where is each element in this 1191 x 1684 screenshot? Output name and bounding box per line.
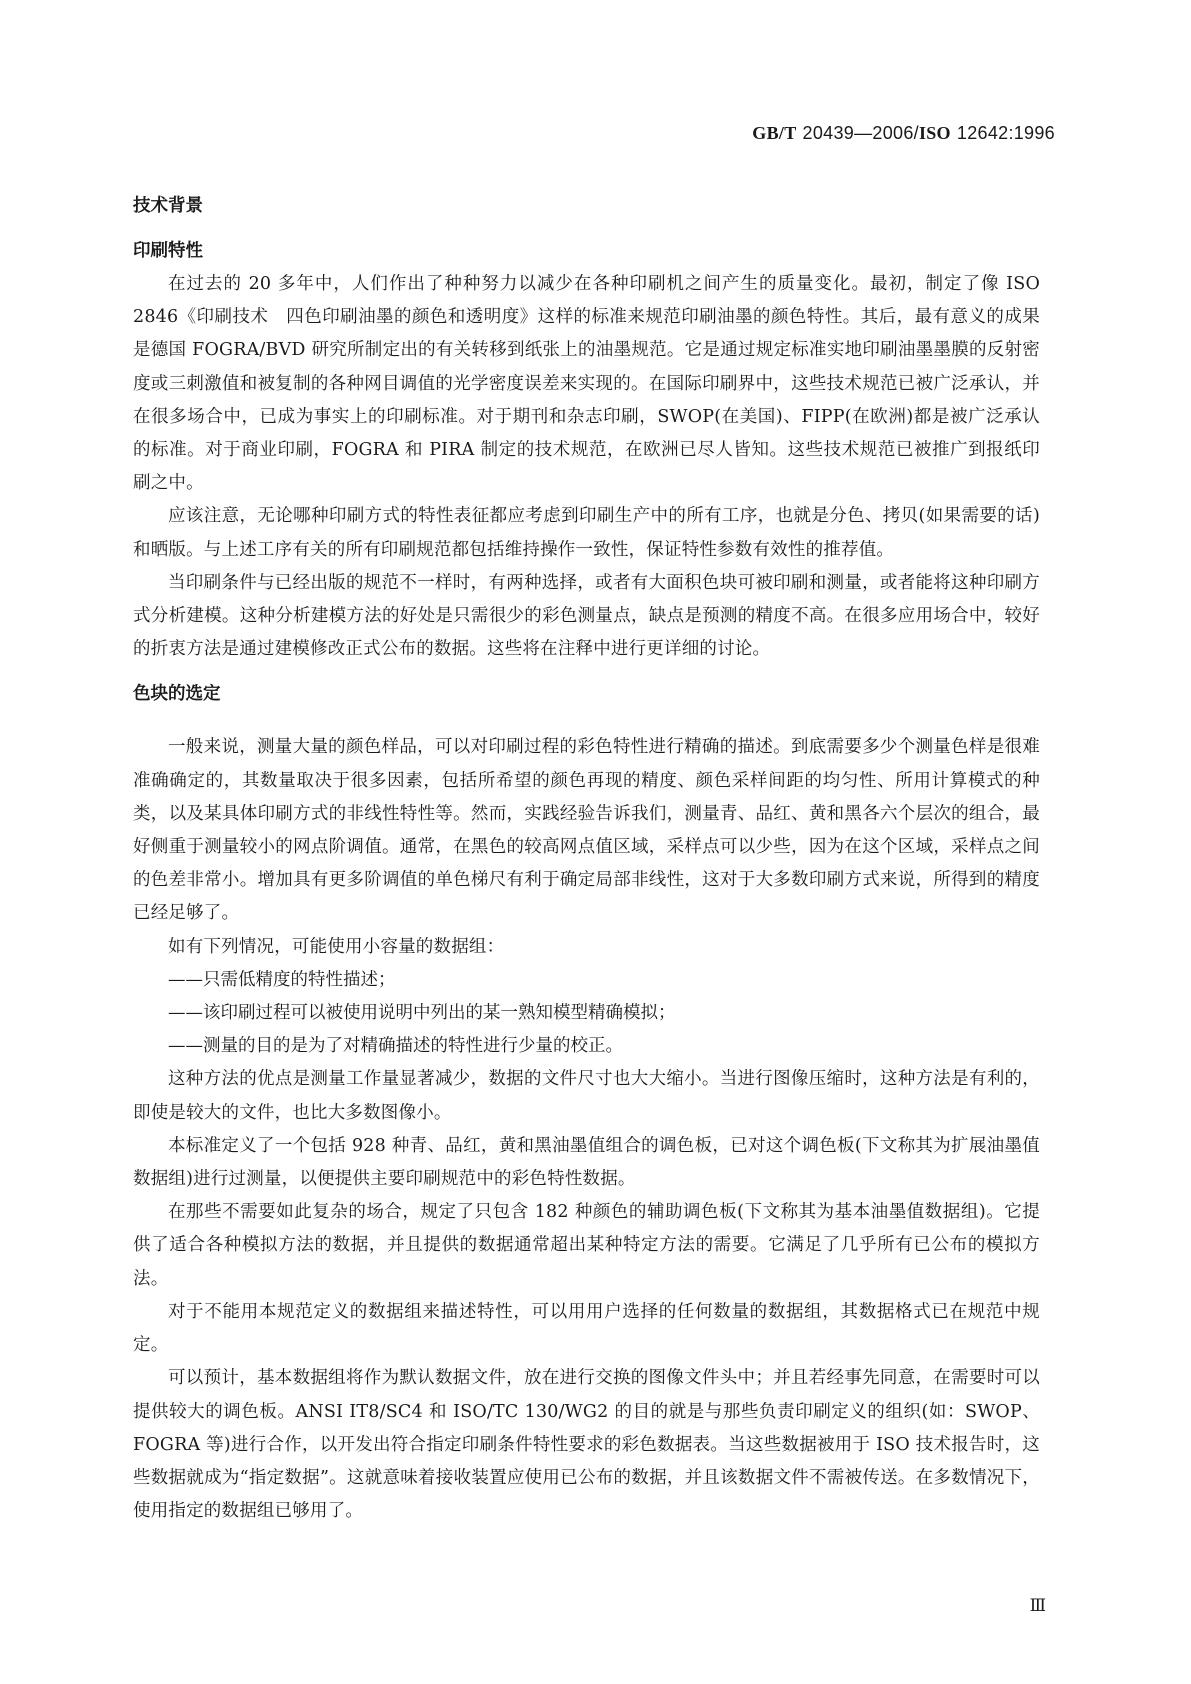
list-intro: 如有下列情况，可能使用小容量的数据组： [133,931,1040,964]
page-number: Ⅲ [1030,1596,1046,1616]
iso-number: 12642:1996 [957,123,1055,143]
paragraph: 本标准定义了一个包括 928 种青、品红，黄和黑油墨值组合的调色板，已对这个调色… [133,1130,1040,1196]
list-item: ——只需低精度的特性描述； [133,964,1040,997]
list-item: ——该印刷过程可以被使用说明中列出的某一熟知模型精确模拟； [133,997,1040,1030]
subsection-title-printing: 印刷特性 [133,235,1040,268]
paragraph: 这种方法的优点是测量工作量显著减少，数据的文件尺寸也大大缩小。当进行图像压缩时，… [133,1063,1040,1129]
paragraph: 当印刷条件与已经出版的规范不一样时，有两种选择，或者有大面积色块可被印刷和测量，… [133,567,1040,667]
document-body: 技术背景 印刷特性 在过去的 20 多年中，人们作出了种种努力以减少在各种印刷机… [133,190,1040,1528]
paragraph: 对于不能用本规范定义的数据组来描述特性，可以用用户选择的任何数量的数据组，其数据… [133,1296,1040,1362]
standard-number-header: GB/T 20439—2006/ISO 12642:1996 [752,123,1055,144]
paragraph: 应该注意，无论哪种印刷方式的特性表征都应考虑到印刷生产中的所有工序，也就是分色、… [133,500,1040,566]
section-title-background: 技术背景 [133,190,1040,223]
paragraph: 一般来说，测量大量的颜色样品，可以对印刷过程的彩色特性进行精确的描述。到底需要多… [133,731,1040,930]
paragraph: 在那些不需要如此复杂的场合，规定了只包含 182 种颜色的辅助调色板(下文称其为… [133,1196,1040,1296]
paragraph: 可以预计，基本数据组将作为默认数据文件，放在进行交换的图像文件头中；并且若经事先… [133,1362,1040,1528]
std-number: 20439—2006/ [803,123,919,143]
std-prefix: GB/T [752,123,796,143]
iso-prefix: ISO [919,123,951,143]
section-title-patch-selection: 色块的选定 [133,678,1040,711]
list-item: ——测量的目的是为了对精确描述的特性进行少量的校正。 [133,1030,1040,1063]
paragraph: 在过去的 20 多年中，人们作出了种种努力以减少在各种印刷机之间产生的质量变化。… [133,268,1040,500]
